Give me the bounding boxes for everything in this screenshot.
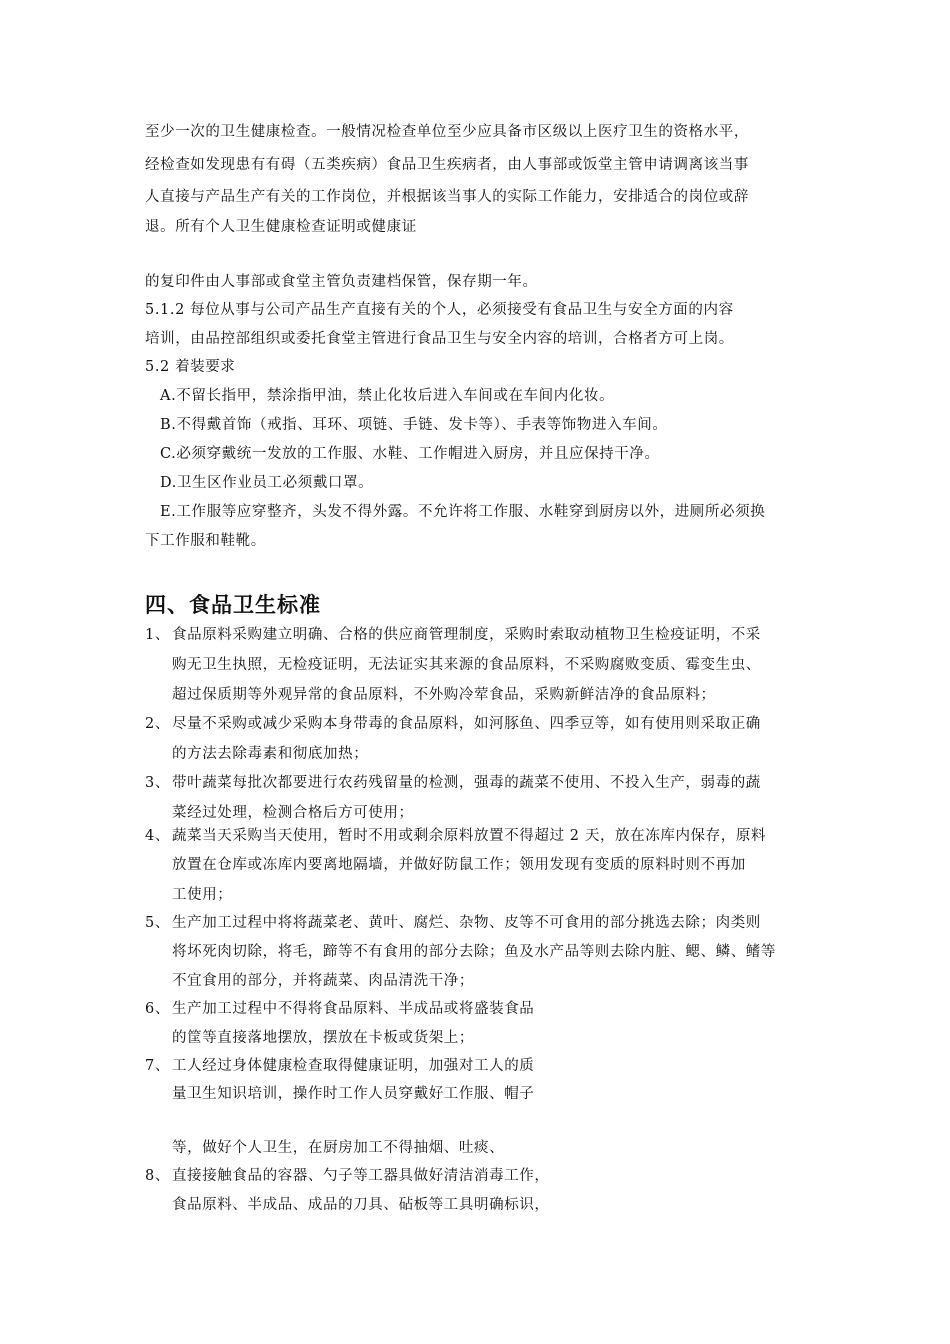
list-item-2-cont: 的方法去除毒素和彻底加热； (172, 744, 368, 764)
list-item-5-cont: 将坏死肉切除，将毛，蹄等不有食用的部分去除；鱼及水产品等则去除内脏、鳃、鳞、鳍等 (172, 942, 776, 962)
list-item-3-cont: 菜经过处理，检测合格后方可使用； (172, 803, 414, 823)
list-item-4: 4、蔬菜当天采购当天使用，暂时不用或剩余原料放置不得超过 2 天，放在冻库内保存… (145, 826, 766, 846)
list-item-5-cont: 不宜食用的部分，并将蔬菜、肉品清洗干净； (172, 971, 474, 991)
paragraph-line: 经检查如发现患有有碍（五类疾病）食品卫生疾病者，由人事部或饭堂主管申请调离该当事 (145, 155, 749, 175)
list-item-7-cont: 量卫生知识培训，操作时工作人员穿戴好工作服、帽子 (172, 1084, 534, 1104)
list-item-1-cont: 购无卫生执照，无检疫证明，无法证实其来源的食品原料，不采购腐败变质、霉变生虫、 (172, 655, 761, 675)
list-item-5: 5、生产加工过程中将将蔬菜老、黄叶、腐烂、杂物、皮等不可食用的部分挑选去除；肉类… (145, 913, 761, 933)
list-item-6-cont: 的筐等直接落地摆放，摆放在卡板或货架上； (172, 1028, 474, 1048)
section-5-1-2-line: 培训，由品控部组织或委托食堂主管进行食品卫生与安全内容的培训，合格者方可上岗。 (145, 329, 734, 349)
list-item-4-cont: 工使用； (172, 885, 232, 905)
dress-item-e: E.工作服等应穿整齐，头发不得外露。不允许将工作服、水鞋穿到厨房以外，进厕所必须… (160, 502, 765, 522)
document-page: 至少一次的卫生健康检查。一般情况检查单位至少应具备市区级以上医疗卫生的资格水平，… (0, 0, 950, 1344)
paragraph-line: 人直接与产品生产有关的工作岗位，并根据该当事人的实际工作能力，安排适合的岗位或辞 (145, 187, 749, 207)
list-item-1: 1、食品原料采购建立明确、合格的供应商管理制度，采购时索取动植物卫生检疫证明，不… (145, 625, 761, 645)
list-item-8-cont: 食品原料、半成品、成品的刀具、砧板等工具明确标识， (172, 1195, 550, 1215)
paragraph-line: 退。所有个人卫生健康检查证明或健康证 (145, 217, 417, 237)
dress-item-d: D.卫生区作业员工必须戴口罩。 (160, 473, 373, 493)
dress-item-e-cont: 下工作服和鞋靴。 (145, 531, 266, 551)
list-item-8: 8、直接接触食品的容器、勺子等工器具做好清洁消毒工作， (145, 1166, 550, 1186)
paragraph-line: 至少一次的卫生健康检查。一般情况检查单位至少应具备市区级以上医疗卫生的资格水平， (145, 122, 749, 142)
dress-item-c: C.必须穿戴统一发放的工作服、水鞋、工作帽进入厨房，并且应保持干净。 (160, 444, 660, 464)
section-heading: 四、食品卫生标准 (145, 590, 321, 620)
list-item-3: 3、带叶蔬菜每批次都要进行农药残留量的检测，强毒的蔬菜不使用、不投入生产，弱毒的… (145, 773, 761, 793)
list-item-2: 2、尽量不采购或减少采购本身带毒的食品原料，如河豚鱼、四季豆等，如有使用则采取正… (145, 714, 761, 734)
list-item-6: 6、生产加工过程中不得将食品原料、半成品或将盛装食品 (145, 999, 534, 1019)
list-item-7-cont: 等，做好个人卫生，在厨房加工不得抽烟、吐痰、 (172, 1138, 504, 1158)
section-5-1-2-line: 5.1.2 每位从事与公司产品生产直接有关的个人，必须接受有食品卫生与安全方面的… (145, 300, 734, 320)
list-item-7: 7、工人经过身体健康检查取得健康证明，加强对工人的质 (145, 1056, 534, 1076)
dress-item-a: A.不留长指甲，禁涂指甲油，禁止化妆后进入车间或在车间内化妆。 (160, 386, 614, 406)
section-5-2-title: 5.2 着装要求 (145, 357, 235, 377)
dress-item-b: B.不得戴首饰（戒指、耳环、项链、手链、发卡等）、手表等饰物进入车间。 (160, 415, 668, 435)
list-item-1-cont: 超过保质期等外观异常的食品原料，不外购冷荤食品，采购新鲜洁净的食品原料； (172, 685, 716, 705)
paragraph-line: 的复印件由人事部或食堂主管负责建档保管，保存期一年。 (145, 272, 538, 292)
list-item-4-cont: 放置在仓库或冻库内要离地隔墙，并做好防鼠工作；领用发现有变质的原料时则不再加 (172, 855, 746, 875)
